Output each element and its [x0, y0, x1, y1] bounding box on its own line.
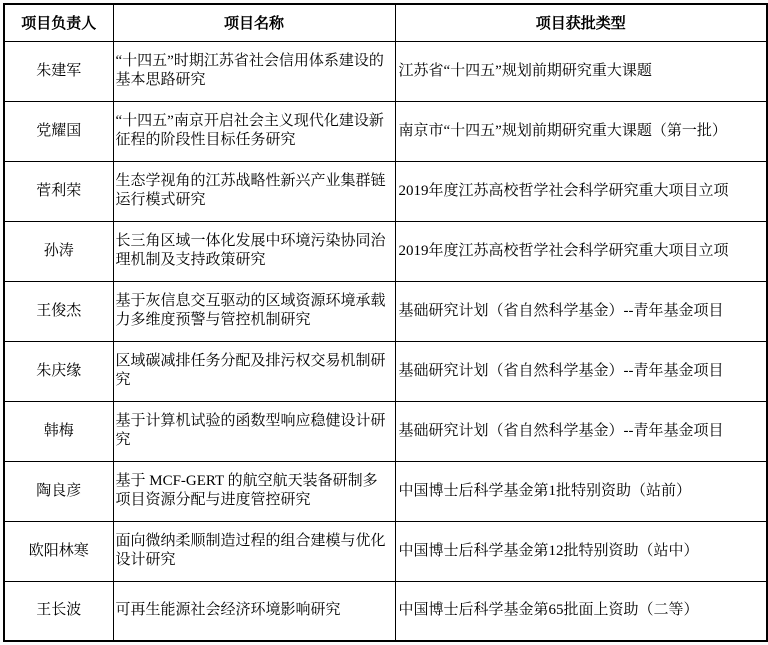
cell-project-leader: 朱庆缘 [4, 341, 113, 401]
cell-project-name: 基于灰信息交互驱动的区域资源环境承载力多维度预警与管控机制研究 [113, 281, 395, 341]
cell-project-name: “十四五”时期江苏省社会信用体系建设的基本思路研究 [113, 41, 395, 101]
cell-project-leader: 王俊杰 [4, 281, 113, 341]
cell-project-leader: 王长波 [4, 581, 113, 641]
cell-approval-type: 2019年度江苏高校哲学社会科学研究重大项目立项 [395, 161, 767, 221]
cell-project-leader: 陶良彦 [4, 461, 113, 521]
projects-table: 项目负责人 项目名称 项目获批类型 朱建军 “十四五”时期江苏省社会信用体系建设… [3, 3, 768, 642]
page: 项目负责人 项目名称 项目获批类型 朱建军 “十四五”时期江苏省社会信用体系建设… [0, 0, 768, 645]
table-row: 朱庆缘 区域碳减排任务分配及排污权交易机制研究 基础研究计划（省自然科学基金）-… [4, 341, 767, 401]
cell-project-name: 面向微纳柔顺制造过程的组合建模与优化设计研究 [113, 521, 395, 581]
header-project-name: 项目名称 [113, 4, 395, 41]
cell-project-name: 基于 MCF-GERT 的航空航天装备研制多项目资源分配与进度管控研究 [113, 461, 395, 521]
header-approval-type: 项目获批类型 [395, 4, 767, 41]
cell-project-name: 区域碳减排任务分配及排污权交易机制研究 [113, 341, 395, 401]
cell-approval-type: 基础研究计划（省自然科学基金）--青年基金项目 [395, 341, 767, 401]
table-row: 王长波 可再生能源社会经济环境影响研究 中国博士后科学基金第65批面上资助（二等… [4, 581, 767, 641]
cell-approval-type: 南京市“十四五”规划前期研究重大课题（第一批） [395, 101, 767, 161]
cell-project-leader: 党耀国 [4, 101, 113, 161]
cell-project-leader: 欧阳林寒 [4, 521, 113, 581]
cell-project-leader: 孙涛 [4, 221, 113, 281]
header-row: 项目负责人 项目名称 项目获批类型 [4, 4, 767, 41]
table-row: 党耀国 “十四五”南京开启社会主义现代化建设新征程的阶段性目标任务研究 南京市“… [4, 101, 767, 161]
table-row: 朱建军 “十四五”时期江苏省社会信用体系建设的基本思路研究 江苏省“十四五”规划… [4, 41, 767, 101]
cell-approval-type: 基础研究计划（省自然科学基金）--青年基金项目 [395, 281, 767, 341]
cell-project-name: 可再生能源社会经济环境影响研究 [113, 581, 395, 641]
cell-approval-type: 基础研究计划（省自然科学基金）--青年基金项目 [395, 401, 767, 461]
cell-approval-type: 中国博士后科学基金第65批面上资助（二等） [395, 581, 767, 641]
cell-project-name: 长三角区域一体化发展中环境污染协同治理机制及支持政策研究 [113, 221, 395, 281]
cell-project-name: “十四五”南京开启社会主义现代化建设新征程的阶段性目标任务研究 [113, 101, 395, 161]
cell-approval-type: 中国博士后科学基金第1批特别资助（站前） [395, 461, 767, 521]
table-row: 菅利荣 生态学视角的江苏战略性新兴产业集群链运行模式研究 2019年度江苏高校哲… [4, 161, 767, 221]
table-row: 陶良彦 基于 MCF-GERT 的航空航天装备研制多项目资源分配与进度管控研究 … [4, 461, 767, 521]
table-row: 王俊杰 基于灰信息交互驱动的区域资源环境承载力多维度预警与管控机制研究 基础研究… [4, 281, 767, 341]
table-row: 欧阳林寒 面向微纳柔顺制造过程的组合建模与优化设计研究 中国博士后科学基金第12… [4, 521, 767, 581]
cell-approval-type: 2019年度江苏高校哲学社会科学研究重大项目立项 [395, 221, 767, 281]
cell-project-name: 生态学视角的江苏战略性新兴产业集群链运行模式研究 [113, 161, 395, 221]
cell-project-leader: 韩梅 [4, 401, 113, 461]
table-row: 孙涛 长三角区域一体化发展中环境污染协同治理机制及支持政策研究 2019年度江苏… [4, 221, 767, 281]
cell-project-leader: 朱建军 [4, 41, 113, 101]
cell-approval-type: 江苏省“十四五”规划前期研究重大课题 [395, 41, 767, 101]
table-row: 韩梅 基于计算机试验的函数型响应稳健设计研究 基础研究计划（省自然科学基金）--… [4, 401, 767, 461]
header-project-leader: 项目负责人 [4, 4, 113, 41]
cell-approval-type: 中国博士后科学基金第12批特别资助（站中） [395, 521, 767, 581]
cell-project-leader: 菅利荣 [4, 161, 113, 221]
cell-project-name: 基于计算机试验的函数型响应稳健设计研究 [113, 401, 395, 461]
